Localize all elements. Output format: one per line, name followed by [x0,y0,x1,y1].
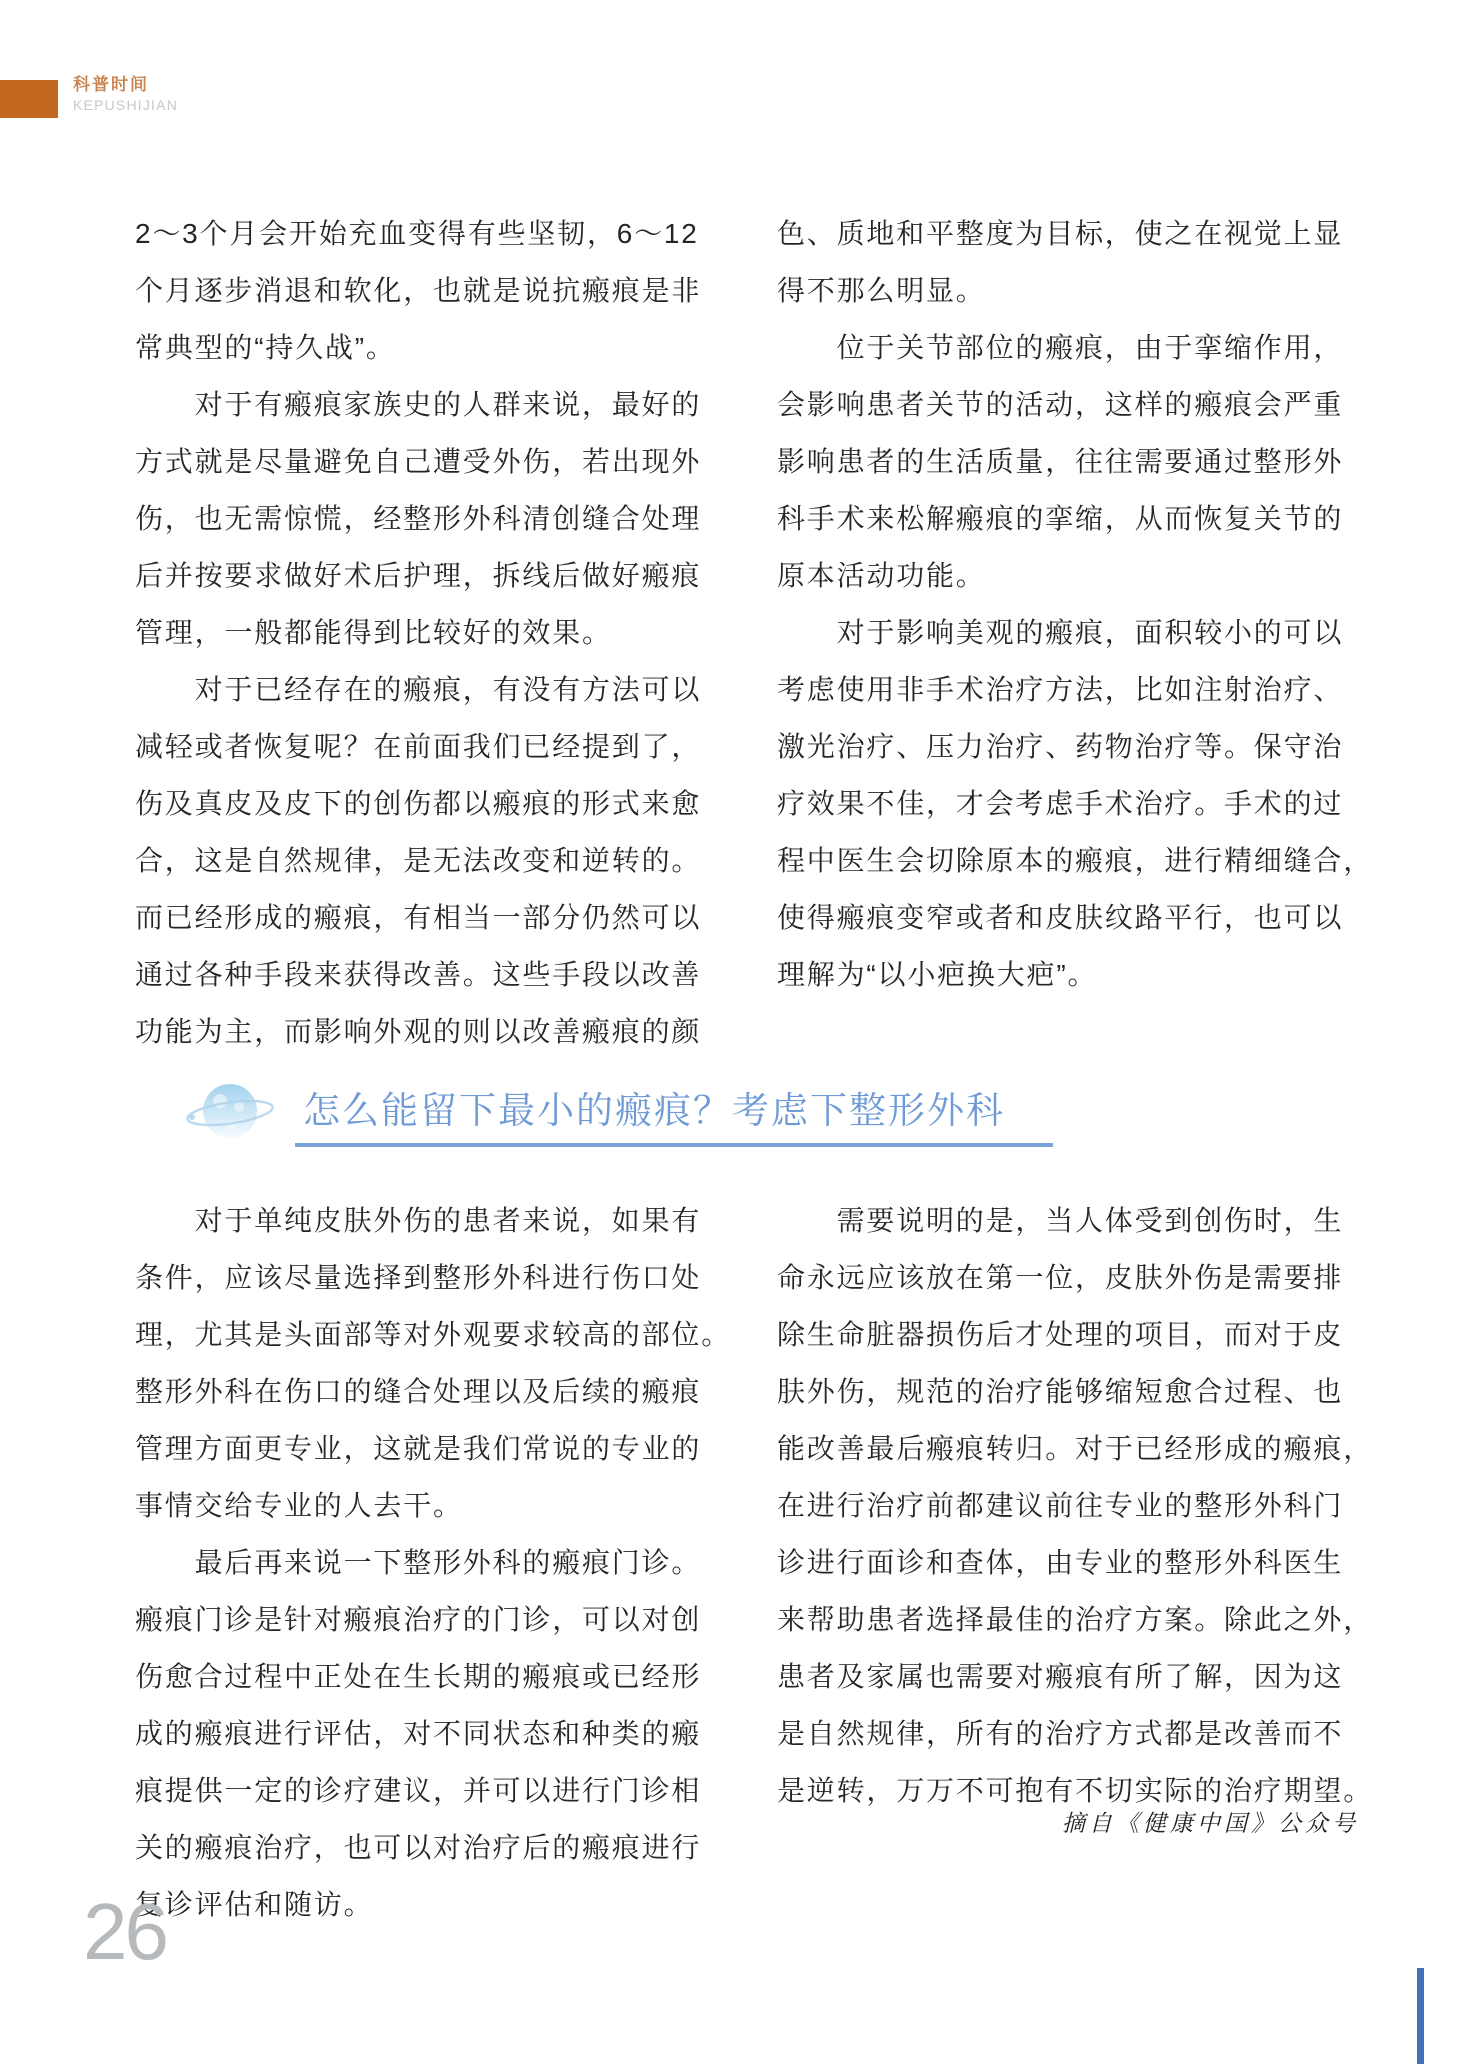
text-line: 科手术来松解瘢痕的挛缩，从而恢复关节的 [777,490,1392,547]
text-line: 对于影响美观的瘢痕，面积较小的可以 [777,604,1392,661]
text-line: 程中医生会切除原本的瘢痕，进行精细缝合， [777,832,1392,889]
text-line: 除生命脏器损伤后才处理的项目，而对于皮 [777,1306,1392,1363]
text-line: 诊进行面诊和查体，由专业的整形外科医生 [777,1534,1392,1591]
column-title-pinyin: KEPUSHIJIAN [73,96,178,114]
bottom-left-text-column: 对于单纯皮肤外伤的患者来说，如果有条件，应该尽量选择到整形外科进行伤口处理，尤其… [135,1192,750,1933]
top-right-text-column: 色、质地和平整度为目标，使之在视觉上显得不那么明显。 位于关节部位的瘢痕，由于挛… [777,205,1392,1003]
text-line: 伤及真皮及皮下的创伤都以瘢痕的形式来愈 [135,775,750,832]
bottom-right-text-column: 需要说明的是，当人体受到创伤时，生命永远应该放在第一位，皮肤外伤是需要排除生命脏… [777,1192,1392,1819]
magazine-page: 科普时间 KEPUSHIJIAN 2～3个月会开始充血变得有些坚韧，6～12个月… [0,0,1465,2064]
text-line: 对于单纯皮肤外伤的患者来说，如果有 [135,1192,750,1249]
text-line: 管理，一般都能得到比较好的效果。 [135,604,750,661]
text-line: 理解为“以小疤换大疤”。 [777,946,1392,1003]
text-line: 考虑使用非手术治疗方法，比如注射治疗、 [777,661,1392,718]
text-line: 管理方面更专业，这就是我们常说的专业的 [135,1420,750,1477]
text-line: 瘢痕门诊是针对瘢痕治疗的门诊，可以对创 [135,1591,750,1648]
text-line: 位于关节部位的瘢痕，由于挛缩作用， [777,319,1392,376]
text-line: 能改善最后瘢痕转归。对于已经形成的瘢痕， [777,1420,1392,1477]
text-line: 复诊评估和随访。 [135,1876,750,1933]
column-title: 科普时间 [73,75,149,95]
text-line: 对于已经存在的瘢痕，有没有方法可以 [135,661,750,718]
text-line: 成的瘢痕进行评估，对不同状态和种类的瘢 [135,1705,750,1762]
text-line: 整形外科在伤口的缝合处理以及后续的瘢痕 [135,1363,750,1420]
text-line: 最后再来说一下整形外科的瘢痕门诊。 [135,1534,750,1591]
text-line: 常典型的“持久战”。 [135,319,750,376]
text-line: 命永远应该放在第一位，皮肤外伤是需要排 [777,1249,1392,1306]
text-line: 得不那么明显。 [777,262,1392,319]
text-line: 伤，也无需惊慌，经整形外科清创缝合处理 [135,490,750,547]
section-heading: 怎么能留下最小的瘢痕？考虑下整形外科 [303,1089,1005,1133]
text-line: 功能为主，而影响外观的则以改善瘢痕的颜 [135,1003,750,1060]
text-line: 患者及家属也需要对瘢痕有所了解，因为这 [777,1648,1392,1705]
header-accent-block [0,80,58,118]
text-line: 使得瘢痕变窄或者和皮肤纹路平行，也可以 [777,889,1392,946]
text-line: 原本活动功能。 [777,547,1392,604]
heading-underline [295,1143,1053,1147]
text-line: 需要说明的是，当人体受到创伤时，生 [777,1192,1392,1249]
text-line: 2～3个月会开始充血变得有些坚韧，6～12 [135,205,750,262]
page-number: 26 [83,1896,166,1968]
text-line: 肤外伤，规范的治疗能够缩短愈合过程、也 [777,1363,1392,1420]
text-line: 痕提供一定的诊疗建议，并可以进行门诊相 [135,1762,750,1819]
text-line: 色、质地和平整度为目标，使之在视觉上显 [777,205,1392,262]
planet-icon [183,1080,277,1148]
text-line: 理，尤其是头面部等对外观要求较高的部位。 [135,1306,750,1363]
text-line: 伤愈合过程中正处在生长期的瘢痕或已经形 [135,1648,750,1705]
text-line: 激光治疗、压力治疗、药物治疗等。保守治 [777,718,1392,775]
text-line: 关的瘢痕治疗，也可以对治疗后的瘢痕进行 [135,1819,750,1876]
text-line: 减轻或者恢复呢？在前面我们已经提到了， [135,718,750,775]
text-line: 事情交给专业的人去干。 [135,1477,750,1534]
text-line: 对于有瘢痕家族史的人群来说，最好的 [135,376,750,433]
text-line: 合，这是自然规律，是无法改变和逆转的。 [135,832,750,889]
text-line: 而已经形成的瘢痕，有相当一部分仍然可以 [135,889,750,946]
text-line: 后并按要求做好术后护理，拆线后做好瘢痕 [135,547,750,604]
text-line: 在进行治疗前都建议前往专业的整形外科门 [777,1477,1392,1534]
text-line: 影响患者的生活质量，往往需要通过整形外 [777,433,1392,490]
top-left-text-column: 2～3个月会开始充血变得有些坚韧，6～12个月逐步消退和软化，也就是说抗瘢痕是非… [135,205,750,1060]
text-line: 来帮助患者选择最佳的治疗方案。除此之外， [777,1591,1392,1648]
text-line: 疗效果不佳，才会考虑手术治疗。手术的过 [777,775,1392,832]
text-line: 条件，应该尽量选择到整形外科进行伤口处 [135,1249,750,1306]
attribution: 摘自《健康中国》公众号 [777,1804,1359,1844]
text-line: 会影响患者关节的活动，这样的瘢痕会严重 [777,376,1392,433]
text-line: 个月逐步消退和软化，也就是说抗瘢痕是非 [135,262,750,319]
text-line: 是自然规律，所有的治疗方式都是改善而不 [777,1705,1392,1762]
text-line: 通过各种手段来获得改善。这些手段以改善 [135,946,750,1003]
text-line: 方式就是尽量避免自己遭受外伤，若出现外 [135,433,750,490]
page-edge-marker [1417,1968,1424,2064]
